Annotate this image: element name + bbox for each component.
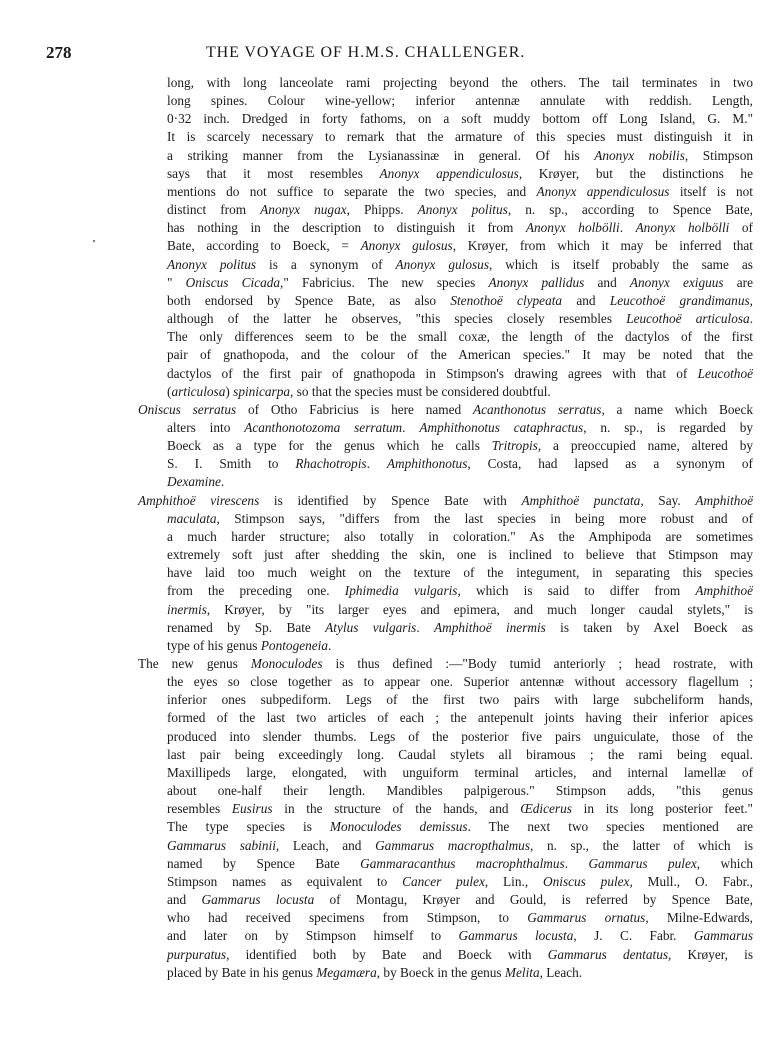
text-line: purpuratus, identified both by Bate and … (167, 946, 753, 964)
text-line: extremely soft just after shedding the s… (167, 546, 753, 564)
text-line: about one-half their length. Mandibles p… (167, 782, 753, 800)
text-line: a much harder structure; also totally in… (167, 528, 753, 546)
text-line: maculata, Stimpson says, "differs from t… (167, 510, 753, 528)
text-line: 0·32 inch. Dredged in forty fathoms, on … (167, 110, 753, 128)
text-line: " Oniscus Cicada," Fabricius. The new sp… (167, 274, 753, 292)
text-line: who had received specimens from Stimpson… (167, 909, 753, 927)
paragraph-oniscus-serratus: Oniscus serratus of Otho Fabricius is he… (138, 401, 753, 492)
text-line: have laid too much weight on the texture… (167, 564, 753, 582)
text-line: renamed by Sp. Bate Atylus vulgaris. Amp… (167, 619, 753, 637)
text-line: distinct from Anonyx nugax, Phipps. Anon… (167, 201, 753, 219)
text-line: The new genus Monoculodes is thus define… (138, 655, 753, 673)
text-line: has nothing in the description to distin… (167, 219, 753, 237)
text-line: resembles Eusirus in the structure of th… (167, 800, 753, 818)
text-line: type of his genus Pontogeneia. (167, 637, 753, 655)
text-line: both endorsed by Spence Bate, as also St… (167, 292, 753, 310)
text-line: from the preceding one. Iphimedia vulgar… (167, 582, 753, 600)
text-line: pair of gnathopoda, and the colour of th… (167, 346, 753, 364)
text-line: (articulosa) spinicarpa, so that the spe… (167, 383, 753, 401)
text-line: and later on by Stimpson himself to Gamm… (167, 927, 753, 945)
text-line: Gammarus sabinii, Leach, and Gammarus ma… (167, 837, 753, 855)
text-line: Bate, according to Boeck, = Anonyx gulos… (167, 237, 753, 255)
text-line: Maxillipeds large, elongated, with ungui… (167, 764, 753, 782)
text-line: inferior ones subpediform. Legs of the f… (167, 691, 753, 709)
text-line: the eyes so close together as to appear … (167, 673, 753, 691)
text-line: says that it most resembles Anonyx appen… (167, 165, 753, 183)
text-line: Dexamine. (167, 473, 753, 491)
text-line: mentions do not suffice to separate the … (167, 183, 753, 201)
page-number: 278 (46, 43, 72, 63)
text-line: The type species is Monoculodes demissus… (167, 818, 753, 836)
text-line: long spines. Colour wine-yellow; inferio… (167, 92, 753, 110)
scan-speck (93, 240, 95, 242)
text-line: The only differences seem to be the smal… (167, 328, 753, 346)
text-line: and Gammarus locusta of Montagu, Krøyer … (167, 891, 753, 909)
text-line: alters into Acanthonotozoma serratum. Am… (167, 419, 753, 437)
text-line: inermis, Krøyer, by "its larger eyes and… (167, 601, 753, 619)
body-text: long, with long lanceolate rami projecti… (138, 74, 753, 982)
text-line: formed of the last two articles of each … (167, 709, 753, 727)
text-line: Oniscus serratus of Otho Fabricius is he… (138, 401, 753, 419)
text-line: placed by Bate in his genus Megamæra, by… (167, 964, 753, 982)
text-line: last pair being exceedingly long. Caudal… (167, 746, 753, 764)
text-line: Stimpson names as equivalent to Cancer p… (167, 873, 753, 891)
text-line: long, with long lanceolate rami projecti… (167, 74, 753, 92)
text-line: produced into slender thumbs. Legs of th… (167, 728, 753, 746)
paragraph-monoculodes: The new genus Monoculodes is thus define… (138, 655, 753, 982)
text-line: although of the latter he observes, "thi… (167, 310, 753, 328)
text-line: dactylos of the first pair of gnathopoda… (167, 365, 753, 383)
text-line: Boeck as a type for the genus which he c… (167, 437, 753, 455)
text-line: It is scarcely necessary to remark that … (167, 128, 753, 146)
running-head: THE VOYAGE OF H.M.S. CHALLENGER. (206, 44, 586, 62)
text-line: named by Spence Bate Gammaracanthus macr… (167, 855, 753, 873)
text-line: Anonyx politus is a synonym of Anonyx gu… (167, 256, 753, 274)
text-line: S. I. Smith to Rhachotropis. Amphithonot… (167, 455, 753, 473)
paragraph-amphithoe: Amphithoë virescens is identified by Spe… (138, 492, 753, 655)
paragraph-anonyx: long, with long lanceolate rami projecti… (138, 74, 753, 401)
text-line: Amphithoë virescens is identified by Spe… (138, 492, 753, 510)
text-line: a striking manner from the Lysianassinæ … (167, 147, 753, 165)
